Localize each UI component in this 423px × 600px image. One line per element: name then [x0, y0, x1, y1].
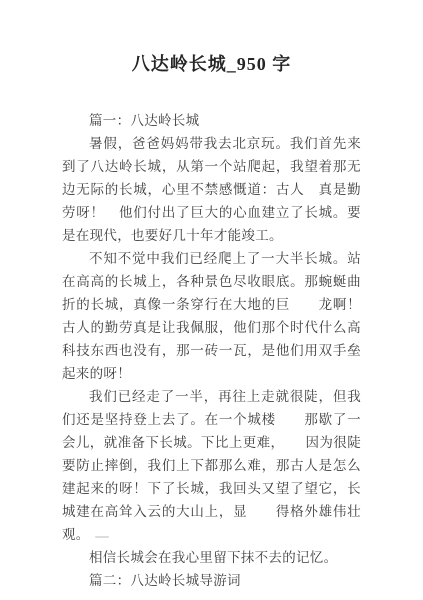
document-title: 八达岭长城_950 字: [0, 0, 423, 76]
document-body: 篇一：八达岭长城 暑假，爸爸妈妈带我去北京玩。我们首先来到了八达岭长城，从第一个…: [62, 109, 361, 592]
scan-artifact-mark: [95, 536, 109, 538]
paragraph-3: 我们已经走了一半，再往上走就很陡，但我们还是坚持登上去了。在一个城楼 那歇了一会…: [62, 385, 361, 546]
paragraph-4: 相信长城会在我心里留下抹不去的记忆。: [62, 546, 361, 569]
paragraph-section-heading-1: 篇一：八达岭长城: [62, 109, 361, 132]
paragraph-1: 暑假，爸爸妈妈带我去北京玩。我们首先来到了八达岭长城，从第一个站爬起，我望着那无…: [62, 132, 361, 247]
paragraph-2: 不知不觉中我们已经爬上了一大半长城。站在高高的长城上，各种景色尽收眼底。那蜿蜒曲…: [62, 247, 361, 385]
paragraph-section-heading-2: 篇二：八达岭长城导游词: [62, 569, 361, 592]
document-page: 八达岭长城_950 字 篇一：八达岭长城 暑假，爸爸妈妈带我去北京玩。我们首先来…: [0, 0, 423, 600]
